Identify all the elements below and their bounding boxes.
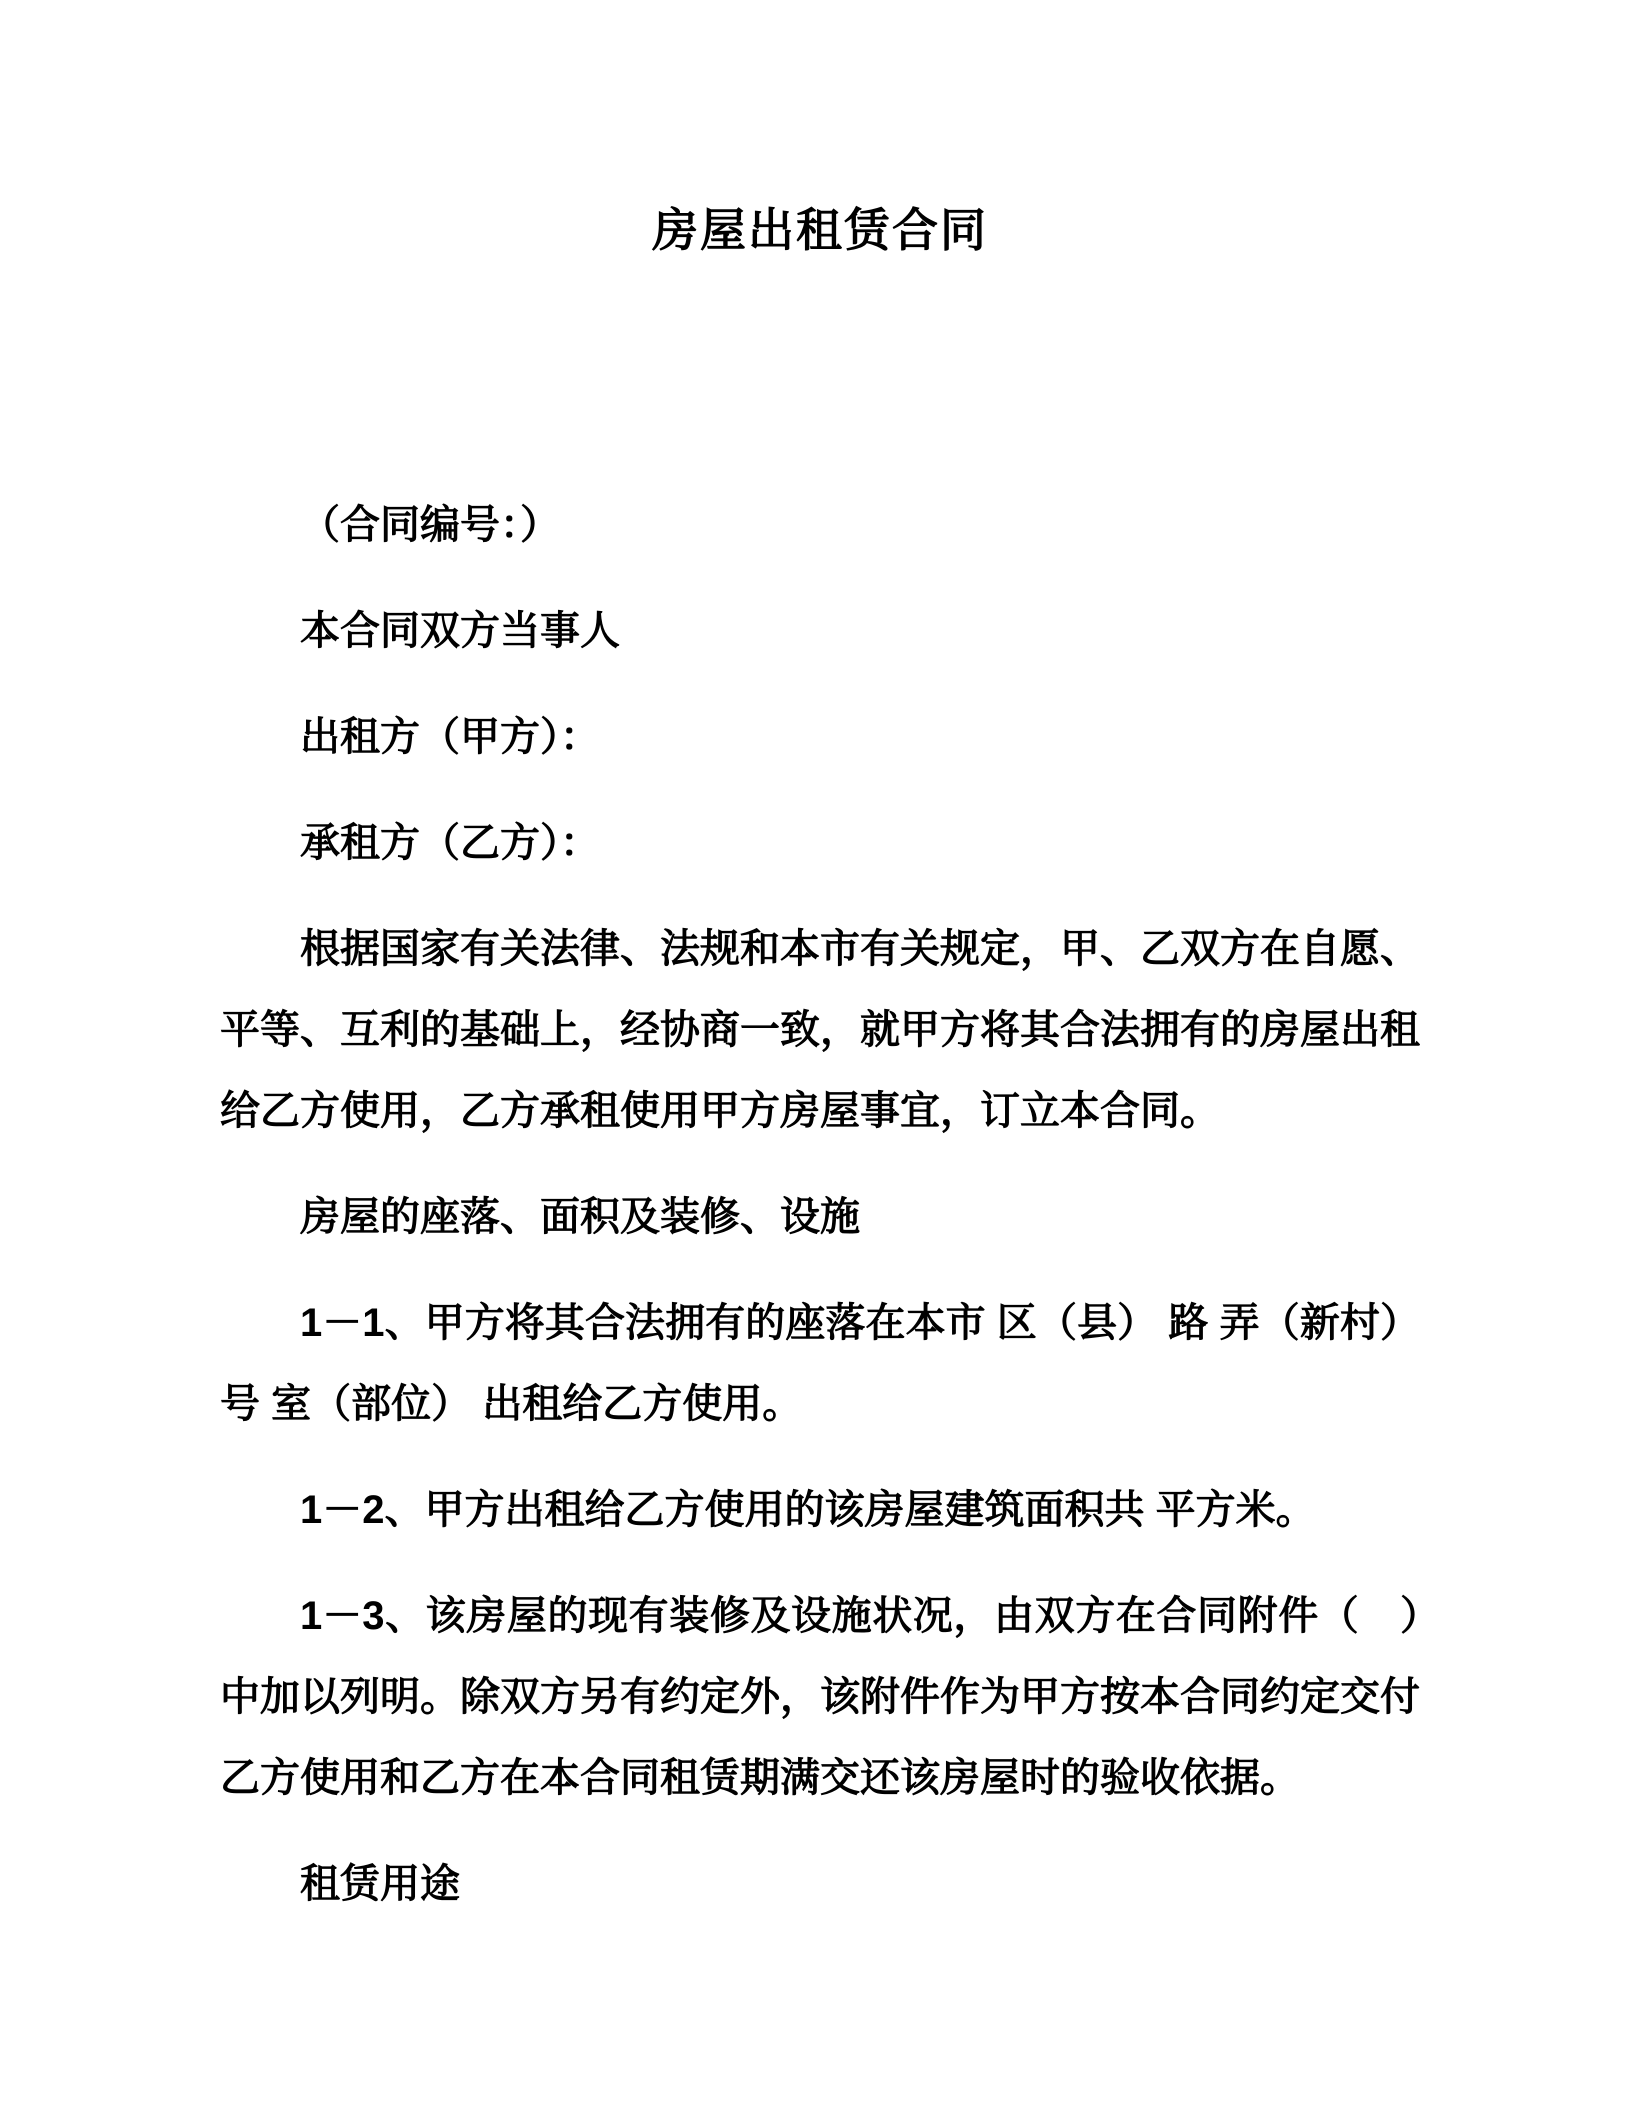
clause-1-3: 1－3、该房屋的现有装修及设施状况，由双方在合同附件（ ）中加以列明。除双方另有… <box>220 1576 1420 1819</box>
document-body: （合同编号：） 本合同双方当事人 出租方（甲方）： 承租方（乙方）： 根据国家有… <box>220 485 1420 1925</box>
lessee-party-b-line: 承租方（乙方）： <box>220 803 1420 884</box>
parties-intro-line: 本合同双方当事人 <box>220 591 1420 672</box>
section-heading-premises: 房屋的座落、面积及装修、设施 <box>220 1177 1420 1258</box>
preamble-paragraph: 根据国家有关法律、法规和本市有关规定，甲、乙双方在自愿、平等、互利的基础上，经协… <box>220 909 1420 1152</box>
document-title: 房屋出租赁合同 <box>220 0 1420 255</box>
contract-document-page: 房屋出租赁合同 （合同编号：） 本合同双方当事人 出租方（甲方）： 承租方（乙方… <box>0 0 1632 2112</box>
section-heading-rental-purpose: 租赁用途 <box>220 1844 1420 1925</box>
lessor-party-a-line: 出租方（甲方）： <box>220 697 1420 778</box>
contract-number-line: （合同编号：） <box>220 485 1420 566</box>
clause-1-1: 1－1、甲方将其合法拥有的座落在本市 区（县） 路 弄（新村） 号 室（部位） … <box>220 1283 1420 1445</box>
clause-1-2: 1－2、甲方出租给乙方使用的该房屋建筑面积共 平方米。 <box>220 1470 1420 1551</box>
